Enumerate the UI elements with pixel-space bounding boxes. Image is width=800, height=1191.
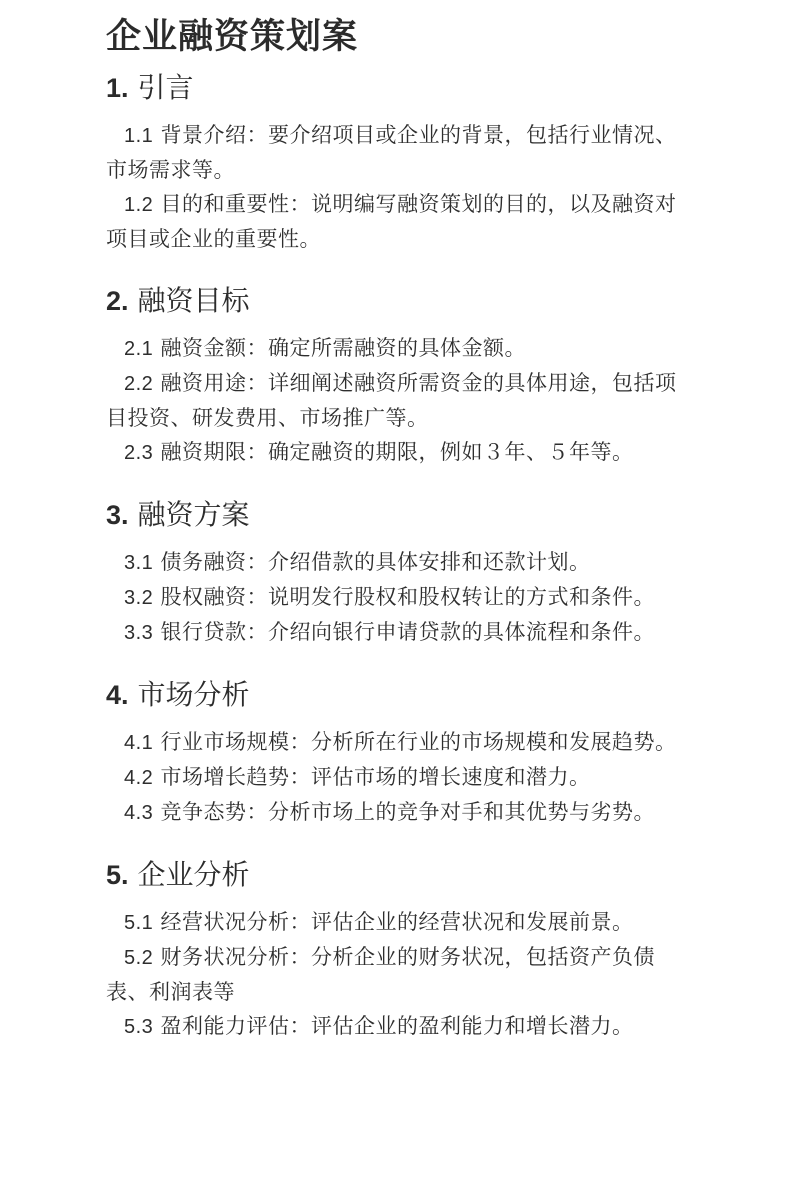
- item-label: 财务状况分析: [161, 945, 290, 969]
- item-number: 4.2: [124, 767, 153, 789]
- section-title: 融资目标: [137, 284, 249, 317]
- item-number: 5.3: [124, 1016, 153, 1038]
- separator: ：: [290, 1014, 312, 1038]
- item-label: 目的和重要性: [161, 192, 290, 216]
- item-text: 分析市场上的竞争对手和其优势与劣势。: [268, 800, 655, 824]
- separator: ：: [290, 730, 312, 754]
- item-number: 3.3: [124, 622, 153, 644]
- section-heading: 2. 融资目标: [106, 283, 800, 319]
- list-item: 2.1 融资金额：确定所需融资的具体金额。: [106, 331, 686, 366]
- separator: ：: [247, 336, 269, 360]
- separator: ：: [247, 800, 269, 824]
- item-label: 股权融资: [161, 585, 247, 609]
- list-item: 4.2 市场增长趋势：评估市场的增长速度和潜力。: [106, 760, 686, 795]
- item-number: 3.1: [124, 552, 153, 574]
- section-title: 市场分析: [137, 678, 249, 711]
- item-label: 竞争态势: [161, 800, 247, 824]
- item-text: 评估企业的经营状况和发展前景。: [311, 910, 634, 934]
- section-title: 企业分析: [137, 858, 249, 891]
- item-label: 经营状况分析: [161, 910, 290, 934]
- section-number: 3.: [106, 500, 129, 530]
- document-page: 企业融资策划案 1. 引言 1.1 背景介绍：要介绍项目或企业的背景，包括行业情…: [0, 0, 800, 1191]
- item-text: 评估企业的盈利能力和增长潜力。: [311, 1014, 634, 1038]
- item-number: 1.1: [124, 125, 153, 147]
- item-label: 债务融资: [161, 550, 247, 574]
- list-item: 5.3 盈利能力评估：评估企业的盈利能力和增长潜力。: [106, 1009, 686, 1044]
- list-item: 2.3 融资期限：确定融资的期限，例如３年、５年等。: [106, 435, 686, 470]
- section-number: 5.: [106, 860, 129, 890]
- list-item: 2.2 融资用途：详细阐述融资所需资金的具体用途，包括项目投资、研发费用、市场推…: [106, 366, 686, 435]
- section-heading: 1. 引言: [106, 70, 800, 106]
- item-text: 分析所在行业的市场规模和发展趋势。: [311, 730, 677, 754]
- item-label: 融资金额: [161, 336, 247, 360]
- separator: ：: [290, 192, 312, 216]
- section-number: 4.: [106, 680, 129, 710]
- item-number: 2.1: [124, 338, 153, 360]
- item-text: 确定所需融资的具体金额。: [268, 336, 526, 360]
- item-number: 4.1: [124, 732, 153, 754]
- item-number: 4.3: [124, 802, 153, 824]
- section-number: 1.: [106, 73, 129, 103]
- section-company-analysis: 5. 企业分析 5.1 经营状况分析：评估企业的经营状况和发展前景。 5.2 财…: [106, 857, 800, 1044]
- section-gap: [106, 830, 800, 857]
- item-label: 背景介绍: [161, 123, 247, 147]
- separator: ：: [247, 123, 269, 147]
- list-item: 3.2 股权融资：说明发行股权和股权转让的方式和条件。: [106, 580, 686, 615]
- section-gap: [106, 470, 800, 497]
- item-number: 2.2: [124, 373, 153, 395]
- item-label: 盈利能力评估: [161, 1014, 290, 1038]
- item-number: 5.1: [124, 912, 153, 934]
- list-item: 3.3 银行贷款：介绍向银行申请贷款的具体流程和条件。: [106, 615, 686, 650]
- separator: ：: [247, 440, 269, 464]
- item-number: 2.3: [124, 442, 153, 464]
- list-item: 5.2 财务状况分析：分析企业的财务状况，包括资产负债表、利润表等: [106, 940, 686, 1009]
- list-item: 5.1 经营状况分析：评估企业的经营状况和发展前景。: [106, 905, 686, 940]
- separator: ：: [247, 371, 269, 395]
- document-title: 企业融资策划案: [106, 14, 800, 60]
- section-financing-plan: 3. 融资方案 3.1 债务融资：介绍借款的具体安排和还款计划。 3.2 股权融…: [106, 497, 800, 650]
- list-item: 1.2 目的和重要性：说明编写融资策划的目的，以及融资对项目或企业的重要性。: [106, 187, 686, 256]
- item-text: 确定融资的期限，例如３年、５年等。: [268, 440, 634, 464]
- item-number: 1.2: [124, 194, 153, 216]
- section-financing-goals: 2. 融资目标 2.1 融资金额：确定所需融资的具体金额。 2.2 融资用途：详…: [106, 283, 800, 470]
- item-number: 5.2: [124, 947, 153, 969]
- item-label: 银行贷款: [161, 620, 247, 644]
- list-item: 3.1 债务融资：介绍借款的具体安排和还款计划。: [106, 545, 686, 580]
- section-title: 融资方案: [137, 498, 249, 531]
- item-number: 3.2: [124, 587, 153, 609]
- item-text: 介绍向银行申请贷款的具体流程和条件。: [268, 620, 655, 644]
- section-introduction: 1. 引言 1.1 背景介绍：要介绍项目或企业的背景，包括行业情况、市场需求等。…: [106, 70, 800, 256]
- separator: ：: [290, 910, 312, 934]
- item-label: 市场增长趋势: [161, 765, 290, 789]
- item-label: 融资用途: [161, 371, 247, 395]
- item-text: 评估市场的增长速度和潜力。: [311, 765, 591, 789]
- separator: ：: [290, 945, 312, 969]
- section-gap: [106, 256, 800, 283]
- section-title: 引言: [137, 71, 193, 104]
- section-gap: [106, 650, 800, 677]
- item-label: 行业市场规模: [161, 730, 290, 754]
- item-text: 说明发行股权和股权转让的方式和条件。: [268, 585, 655, 609]
- section-heading: 5. 企业分析: [106, 857, 800, 893]
- section-heading: 4. 市场分析: [106, 677, 800, 713]
- list-item: 4.1 行业市场规模：分析所在行业的市场规模和发展趋势。: [106, 725, 686, 760]
- separator: ：: [290, 765, 312, 789]
- separator: ：: [247, 585, 269, 609]
- item-label: 融资期限: [161, 440, 247, 464]
- item-text: 介绍借款的具体安排和还款计划。: [268, 550, 591, 574]
- separator: ：: [247, 620, 269, 644]
- separator: ：: [247, 550, 269, 574]
- list-item: 1.1 背景介绍：要介绍项目或企业的背景，包括行业情况、市场需求等。: [106, 118, 686, 187]
- section-number: 2.: [106, 286, 129, 316]
- section-heading: 3. 融资方案: [106, 497, 800, 533]
- list-item: 4.3 竞争态势：分析市场上的竞争对手和其优势与劣势。: [106, 795, 686, 830]
- section-market-analysis: 4. 市场分析 4.1 行业市场规模：分析所在行业的市场规模和发展趋势。 4.2…: [106, 677, 800, 830]
